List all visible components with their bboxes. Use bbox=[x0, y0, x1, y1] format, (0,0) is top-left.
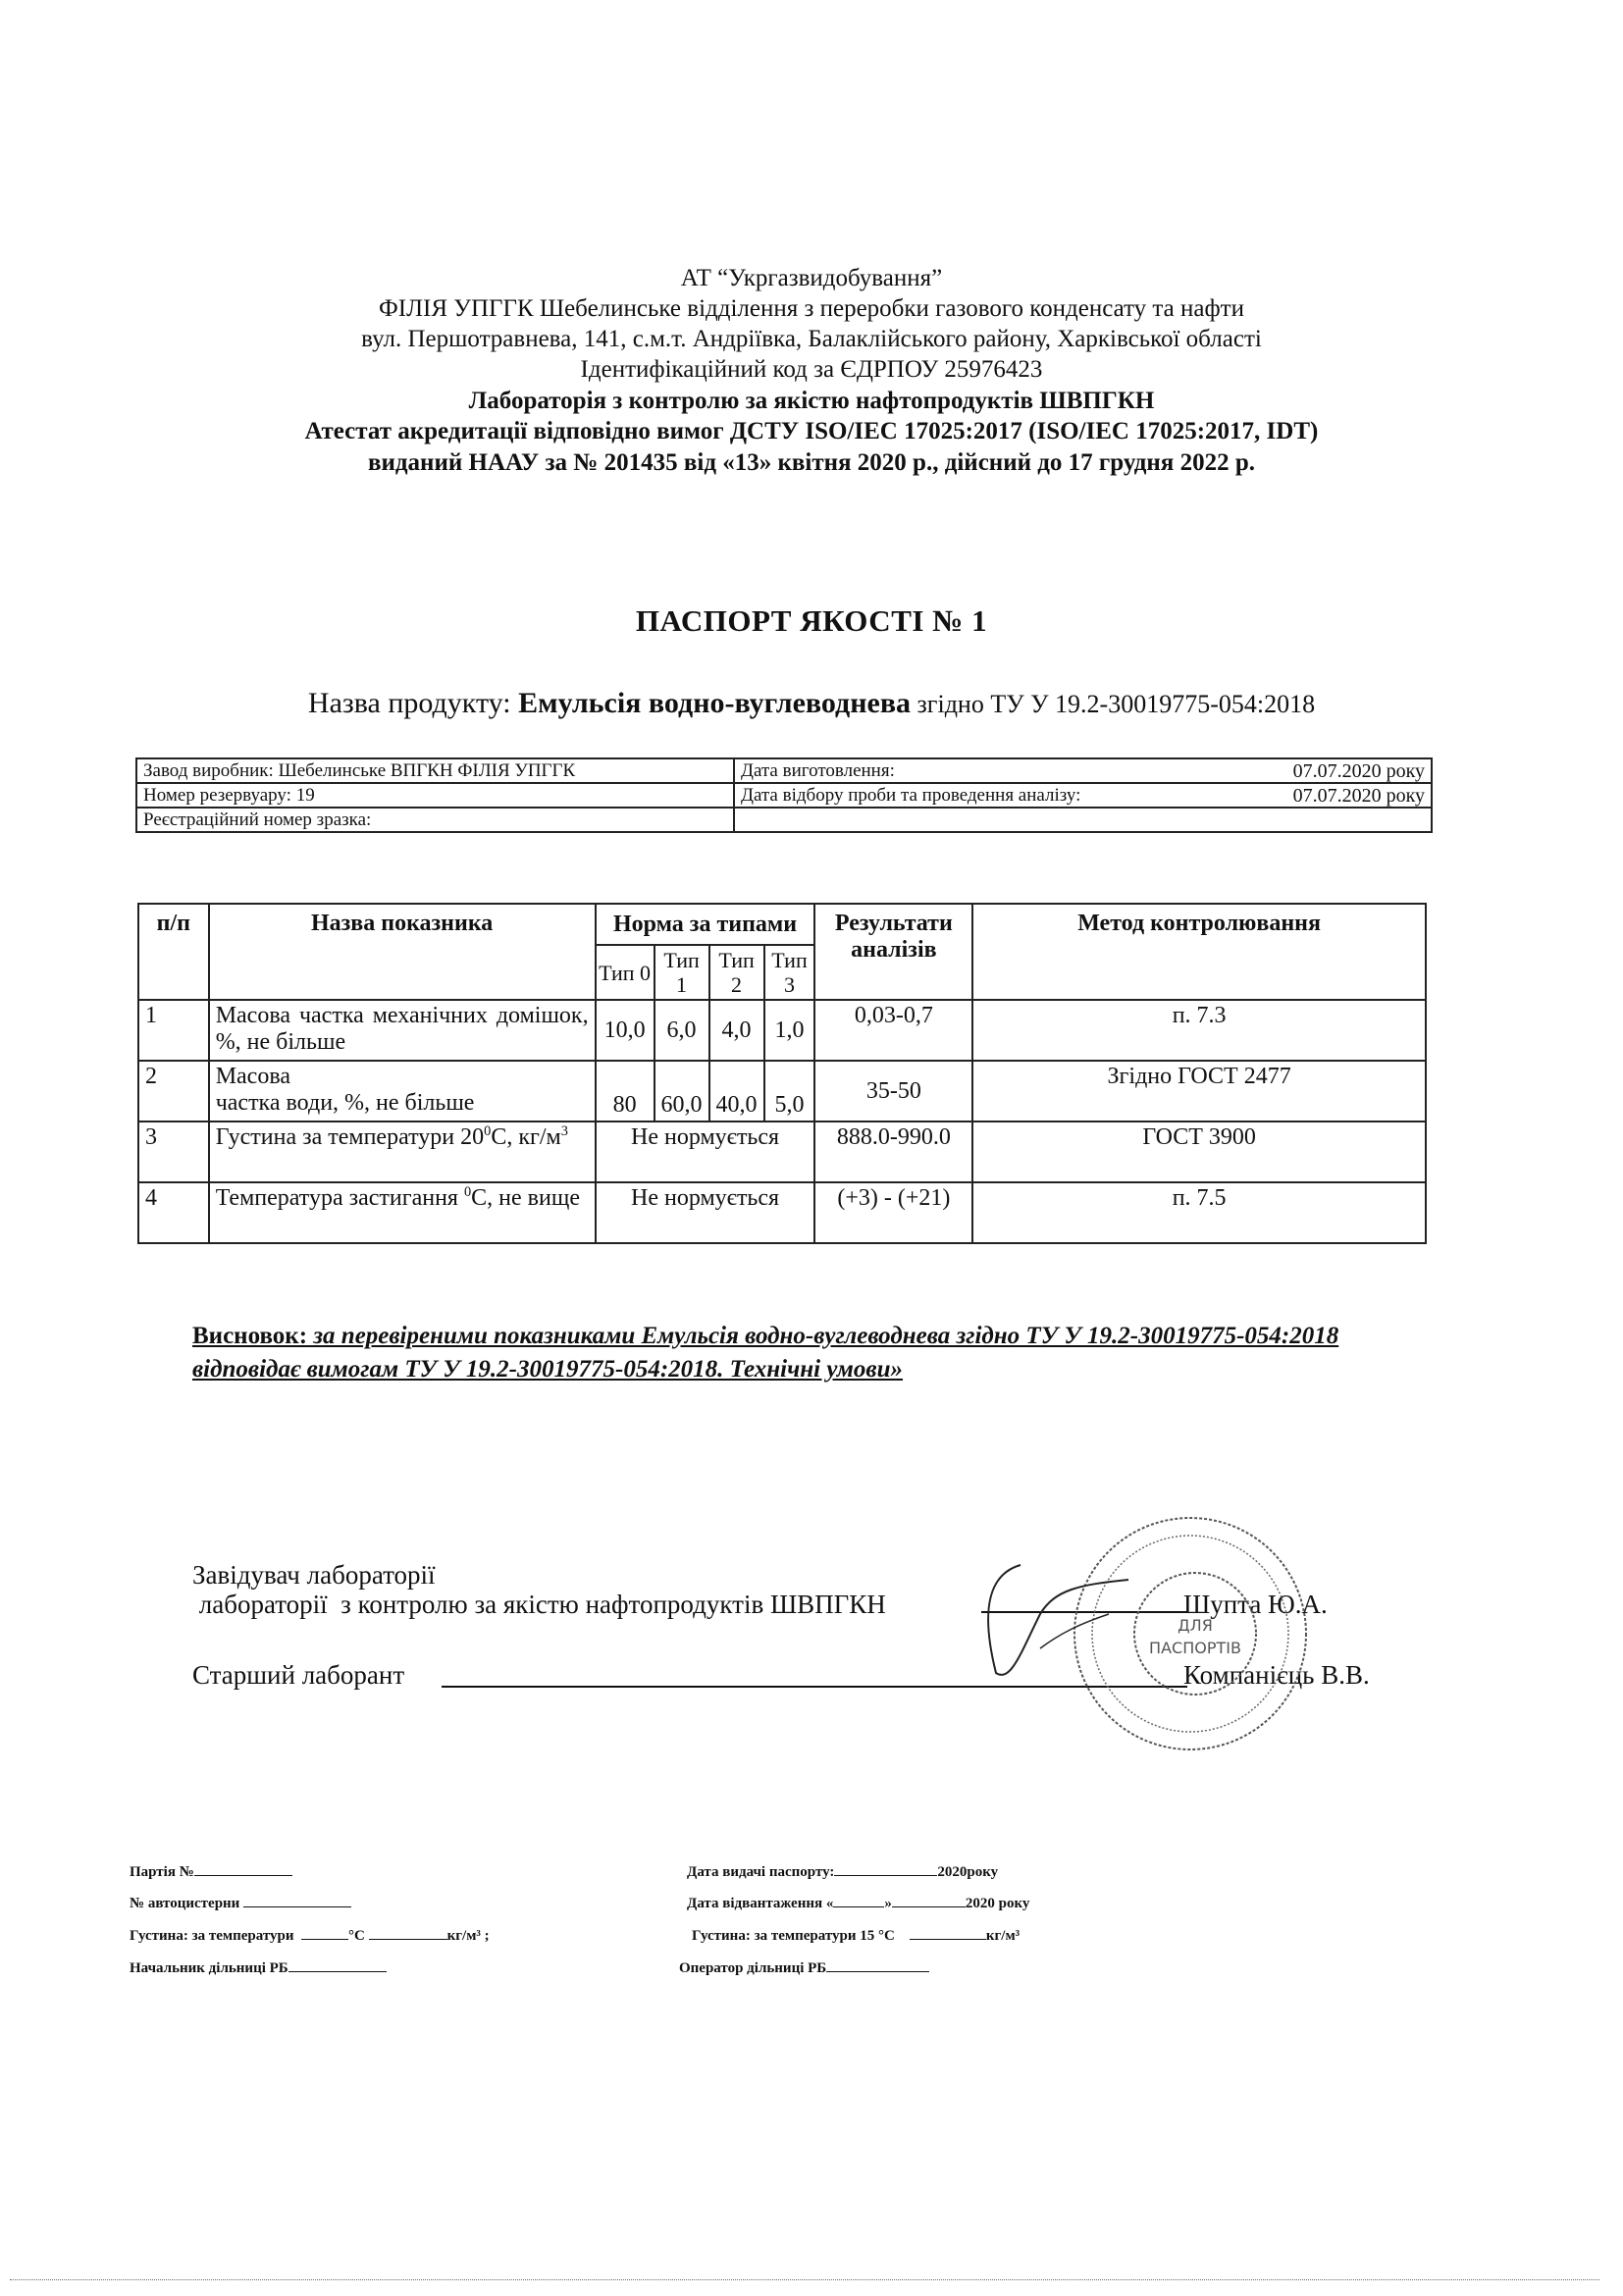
footer-head-rb: Начальник дільниці РБ bbox=[130, 1957, 387, 1978]
head-title-line2: лабораторії з контролю за якістю нафтопр… bbox=[192, 1588, 886, 1621]
footer-density-left: Густина: за температури °С кг/м³ ; bbox=[130, 1925, 490, 1946]
norm-type-1: 60,0 bbox=[654, 1061, 709, 1122]
ship-month-field[interactable] bbox=[892, 1893, 966, 1907]
sampling-date-label: Дата відбору проби та проведення аналізу… bbox=[741, 785, 1080, 806]
svg-text:ДЛЯ: ДЛЯ bbox=[1178, 1616, 1213, 1635]
assistant-title: Старший лаборант bbox=[192, 1658, 404, 1692]
info-row: Номер резервуару: 19 Дата відбору проби … bbox=[136, 783, 1432, 808]
row-name: Масова частка механічних домішок, %, не … bbox=[209, 1000, 596, 1061]
conclusion-text: за перевіреними показниками Емульсія вод… bbox=[192, 1323, 1338, 1383]
branch-name: ФІЛІЯ УПГГК Шебелинське відділення з пер… bbox=[0, 293, 1623, 324]
norm-merged: Не нормується bbox=[596, 1122, 815, 1182]
row-name-line2: частка води, %, не більше bbox=[216, 1090, 589, 1117]
row-num: 2 bbox=[138, 1061, 209, 1122]
density-value-field[interactable] bbox=[369, 1925, 447, 1940]
company-name: АТ “Укргазвидобування” bbox=[0, 263, 1623, 293]
info-table: Завод виробник: Шебелинське ВПГКН ФІЛІЯ … bbox=[135, 757, 1433, 833]
head-title-line1: Завідувач лабораторії bbox=[192, 1558, 436, 1592]
table-row: 2 Масова частка води, %, не більше 80 60… bbox=[138, 1061, 1426, 1122]
head-rb-field[interactable] bbox=[288, 1957, 387, 1972]
col-name: Назва показника bbox=[209, 904, 596, 1000]
sampling-date: 07.07.2020 року bbox=[1293, 785, 1425, 807]
row-num: 1 bbox=[138, 1000, 209, 1061]
result: 888.0-990.0 bbox=[814, 1122, 972, 1182]
product-line: Назва продукту: Емульсія водно-вуглеводн… bbox=[0, 687, 1623, 720]
row-num: 4 bbox=[138, 1182, 209, 1243]
col-type-3: Тип 3 bbox=[764, 945, 815, 1000]
density-15-field[interactable] bbox=[910, 1925, 986, 1940]
sampling-date-cell: Дата відбору проби та проведення аналізу… bbox=[734, 783, 1432, 808]
reg-number-label: Реєстраційний номер зразка: bbox=[136, 808, 734, 832]
footer-tanker: № автоцистерни bbox=[130, 1893, 351, 1913]
accreditation-issued: виданий НААУ за № 201435 від «13» квітня… bbox=[0, 447, 1623, 478]
method: Згідно ГОСТ 2477 bbox=[972, 1061, 1426, 1122]
manufacture-date: 07.07.2020 року bbox=[1293, 760, 1425, 782]
operator-rb-field[interactable] bbox=[826, 1957, 929, 1972]
table-row: 1 Масова частка механічних домішок, %, н… bbox=[138, 1000, 1426, 1061]
method: п. 7.3 bbox=[972, 1000, 1426, 1061]
product-label: Назва продукту: bbox=[308, 687, 518, 719]
norm-merged: Не нормується bbox=[596, 1182, 815, 1243]
footer-issue-date: Дата видачі паспорту:2020року bbox=[687, 1861, 998, 1882]
footer-ship-date: Дата відвантаження «»2020 року bbox=[687, 1893, 1029, 1913]
conclusion-label: Висновок: bbox=[192, 1323, 307, 1349]
col-num: п/п bbox=[138, 904, 209, 1000]
conclusion: Висновок: за перевіреними показниками Ем… bbox=[192, 1320, 1409, 1386]
norm-type-2: 40,0 bbox=[709, 1061, 764, 1122]
ship-day-field[interactable] bbox=[833, 1893, 884, 1907]
scan-edge-divider bbox=[10, 2279, 1599, 2280]
row-name: Температура застигання 0C, не вище bbox=[209, 1182, 596, 1243]
row-name: Густина за температури 200C, кг/м3 bbox=[209, 1122, 596, 1182]
edrpou-code: Ідентифікаційний код за ЄДРПОУ 25976423 bbox=[0, 354, 1623, 385]
manufacture-date-cell: Дата виготовлення: 07.07.2020 року bbox=[734, 758, 1432, 783]
norm-type-2: 4,0 bbox=[709, 1000, 764, 1061]
col-type-1: Тип 1 bbox=[654, 945, 709, 1000]
col-type-0: Тип 0 bbox=[596, 945, 654, 1000]
page-title: ПАСПОРТ ЯКОСТІ № 1 bbox=[0, 603, 1623, 639]
method: ГОСТ 3900 bbox=[972, 1122, 1426, 1182]
row-num: 3 bbox=[138, 1122, 209, 1182]
col-type-2: Тип 2 bbox=[709, 945, 764, 1000]
footer-operator-rb: Оператор дільниці РБ bbox=[679, 1957, 929, 1978]
col-result: Результати аналізів bbox=[814, 904, 972, 1000]
quality-table: п/п Назва показника Норма за типами Резу… bbox=[137, 903, 1427, 1244]
issue-date-field[interactable] bbox=[834, 1861, 937, 1876]
info-row: Реєстраційний номер зразка: bbox=[136, 808, 1432, 832]
batch-field[interactable] bbox=[194, 1861, 292, 1876]
info-row: Завод виробник: Шебелинське ВПГКН ФІЛІЯ … bbox=[136, 758, 1432, 783]
result: 35-50 bbox=[814, 1061, 972, 1122]
method: п. 7.5 bbox=[972, 1182, 1426, 1243]
row-name: Масова частка води, %, не більше bbox=[209, 1061, 596, 1122]
norm-type-1: 6,0 bbox=[654, 1000, 709, 1061]
tank-number: Номер резервуару: 19 bbox=[136, 783, 734, 808]
footer-batch: Партія № bbox=[130, 1861, 292, 1882]
lab-name: Лабораторія з контролю за якістю нафтопр… bbox=[0, 386, 1623, 416]
density-temp-field[interactable] bbox=[301, 1925, 348, 1940]
product-name: Емульсія водно-вуглеводнева bbox=[518, 687, 911, 719]
table-row: 3 Густина за температури 200C, кг/м3 Не … bbox=[138, 1122, 1426, 1182]
norm-type-0: 10,0 bbox=[596, 1000, 654, 1061]
product-spec: згідно ТУ У 19.2-30019775-054:2018 bbox=[911, 690, 1315, 718]
reg-number-value bbox=[734, 808, 1432, 832]
norm-type-0: 80 bbox=[596, 1061, 654, 1122]
accreditation: Атестат акредитації відповідно вимог ДСТ… bbox=[0, 416, 1623, 446]
norm-type-3: 5,0 bbox=[764, 1061, 815, 1122]
manufacture-date-label: Дата виготовлення: bbox=[741, 760, 895, 781]
result: (+3) - (+21) bbox=[814, 1182, 972, 1243]
col-norm: Норма за типами bbox=[596, 904, 815, 945]
norm-type-3: 1,0 bbox=[764, 1000, 815, 1061]
result: 0,03-0,7 bbox=[814, 1000, 972, 1061]
signature-scribble-icon bbox=[981, 1555, 1178, 1693]
row-name-line1: Масова bbox=[216, 1064, 589, 1090]
col-method: Метод контролювання bbox=[972, 904, 1426, 1000]
plant: Завод виробник: Шебелинське ВПГКН ФІЛІЯ … bbox=[136, 758, 734, 783]
table-row: 4 Температура застигання 0C, не вище Не … bbox=[138, 1182, 1426, 1243]
address: вул. Першотравнева, 141, с.м.т. Андріївк… bbox=[0, 324, 1623, 354]
footer-density-right: Густина: за температури 15 °С кг/м³ bbox=[692, 1925, 1020, 1946]
tanker-field[interactable] bbox=[243, 1893, 351, 1907]
header-row: п/п Назва показника Норма за типами Резу… bbox=[138, 904, 1426, 945]
